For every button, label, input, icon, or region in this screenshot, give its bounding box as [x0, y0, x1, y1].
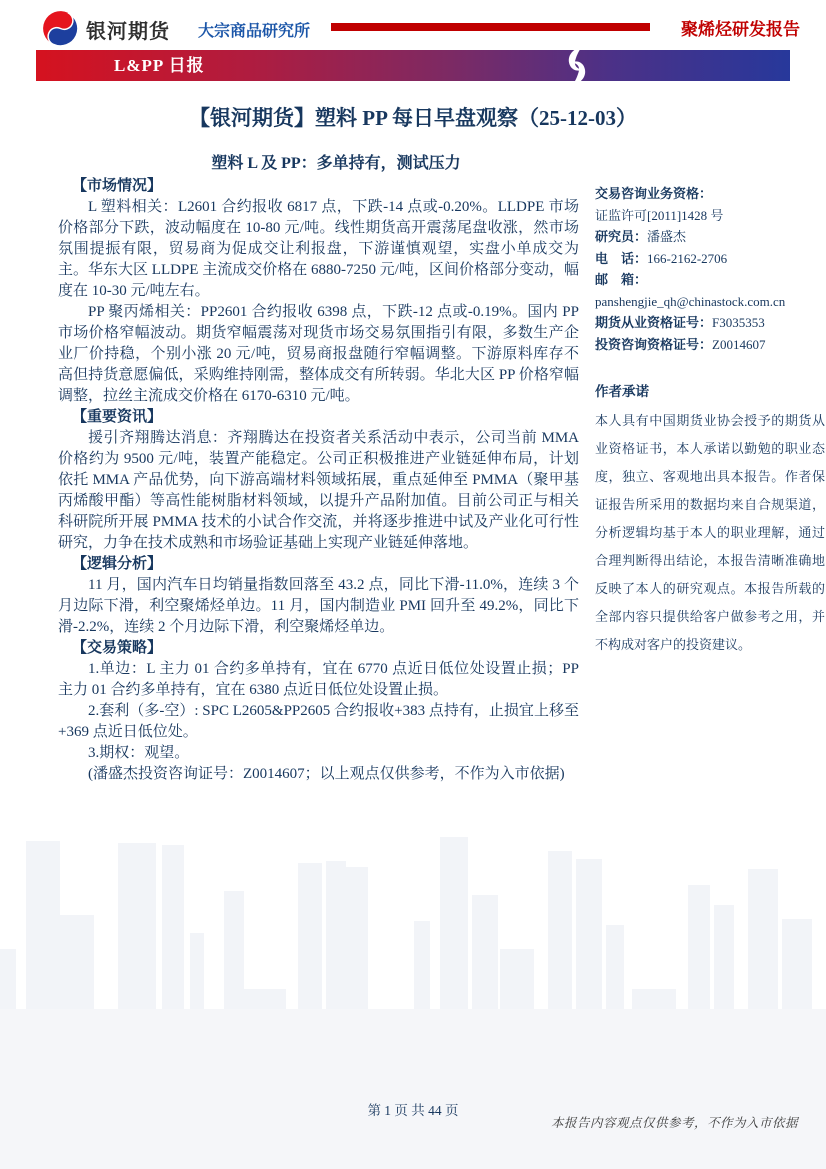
banner-swoosh-icon — [556, 45, 598, 87]
report-type-label: 聚烯烃研发报告 — [681, 15, 800, 40]
phone-label: 电 话： — [595, 251, 647, 266]
researcher-name: 潘盛杰 — [647, 229, 686, 244]
report-title: 【银河期货】塑料 PP 每日早盘观察（25-12-03） — [0, 102, 826, 132]
email-value: panshengjie_qh@chinastock.com.cn — [595, 291, 825, 313]
paragraph-news: 援引齐翔腾达消息：齐翔腾达在投资者关系活动中表示，公司当前 MMA 价格约为 9… — [58, 428, 579, 554]
paragraph-strategy-note: (潘盛杰投资咨询证号：Z0014607；以上观点仅供参考，不作为入市依据) — [58, 764, 579, 785]
section-heading-news: 【重要资讯】 — [58, 407, 579, 428]
report-subtitle: 塑料 L 及 PP：多单持有，测试压力 — [58, 150, 614, 173]
qualification-title-label: 交易咨询业务资格： — [595, 186, 712, 201]
researcher-line: 研究员：潘盛杰 — [595, 226, 825, 248]
section-heading-market: 【市场情况】 — [58, 176, 579, 197]
author-promise-text: 本人具有中国期货业协会授予的期货从业资格证书，本人承诺以勤勉的职业态度，独立、客… — [595, 407, 825, 659]
advisory-cert-line: 投资咨询资格证号：Z0014607 — [595, 334, 825, 356]
paragraph-strategy-arbitrage: 2.套利（多-空）: SPC L2605&PP2605 合约报收+383 点持有… — [58, 701, 579, 743]
phone-value: 166-2162-2706 — [647, 251, 727, 266]
qualification-number: 证监许可[2011]1428 号 — [595, 205, 825, 227]
author-promise: 作者承诺 本人具有中国期货业协会授予的期货从业资格证书，本人承诺以勤勉的职业态度… — [595, 381, 825, 659]
futures-cert-value: F3035353 — [712, 315, 765, 330]
advisory-cert-value: Z0014607 — [712, 337, 765, 352]
report-page: 银河期货 大宗商品研究所 聚烯烃研发报告 L&PP 日报 【银河期货】塑料 PP… — [0, 0, 826, 1169]
sidebar: 交易咨询业务资格： 证监许可[2011]1428 号 研究员：潘盛杰 电 话：1… — [595, 183, 825, 659]
author-promise-title: 作者承诺 — [595, 381, 825, 403]
paragraph-strategy-unilateral: 1.单边：L 主力 01 合约多单持有，宜在 6770 点近日低位处设置止损；P… — [58, 659, 579, 701]
advisory-cert-label: 投资咨询资格证号： — [595, 337, 712, 352]
futures-cert-line: 期货从业资格证号：F3035353 — [595, 312, 825, 334]
galaxy-logo-icon — [42, 10, 79, 47]
paragraph-strategy-options: 3.期权：观望。 — [58, 743, 579, 764]
brand-name: 银河期货 — [86, 15, 170, 44]
section-heading-strategy: 【交易策略】 — [58, 638, 579, 659]
footer-disclaimer: 本报告内容观点仅供参考，不作为入市依据 — [551, 1113, 798, 1131]
paragraph-logic: 11 月，国内汽车日均销量指数回落至 43.2 点，同比下滑-11.0%，连续 … — [58, 575, 579, 638]
email-label-line: 邮 箱： — [595, 269, 825, 291]
header: 银河期货 大宗商品研究所 聚烯烃研发报告 — [40, 8, 800, 50]
report-body: 【市场情况】 L 塑料相关：L2601 合约报收 6817 点，下跌-14 点或… — [58, 176, 579, 785]
researcher-label: 研究员： — [595, 229, 647, 244]
section-heading-logic: 【逻辑分析】 — [58, 554, 579, 575]
phone-line: 电 话：166-2162-2706 — [595, 248, 825, 270]
daily-banner: L&PP 日报 — [36, 50, 790, 81]
qualification-title: 交易咨询业务资格： — [595, 183, 825, 205]
header-red-rule — [331, 23, 650, 31]
paragraph-pp: PP 聚丙烯相关：PP2601 合约报收 6398 点，下跌-12 点或-0.1… — [58, 302, 579, 407]
futures-cert-label: 期货从业资格证号： — [595, 315, 712, 330]
banner-title: L&PP 日报 — [114, 50, 205, 81]
paragraph-l-plastic: L 塑料相关：L2601 合约报收 6817 点，下跌-14 点或-0.20%。… — [58, 197, 579, 302]
email-label: 邮 箱： — [595, 272, 647, 287]
institute-name: 大宗商品研究所 — [198, 18, 310, 41]
